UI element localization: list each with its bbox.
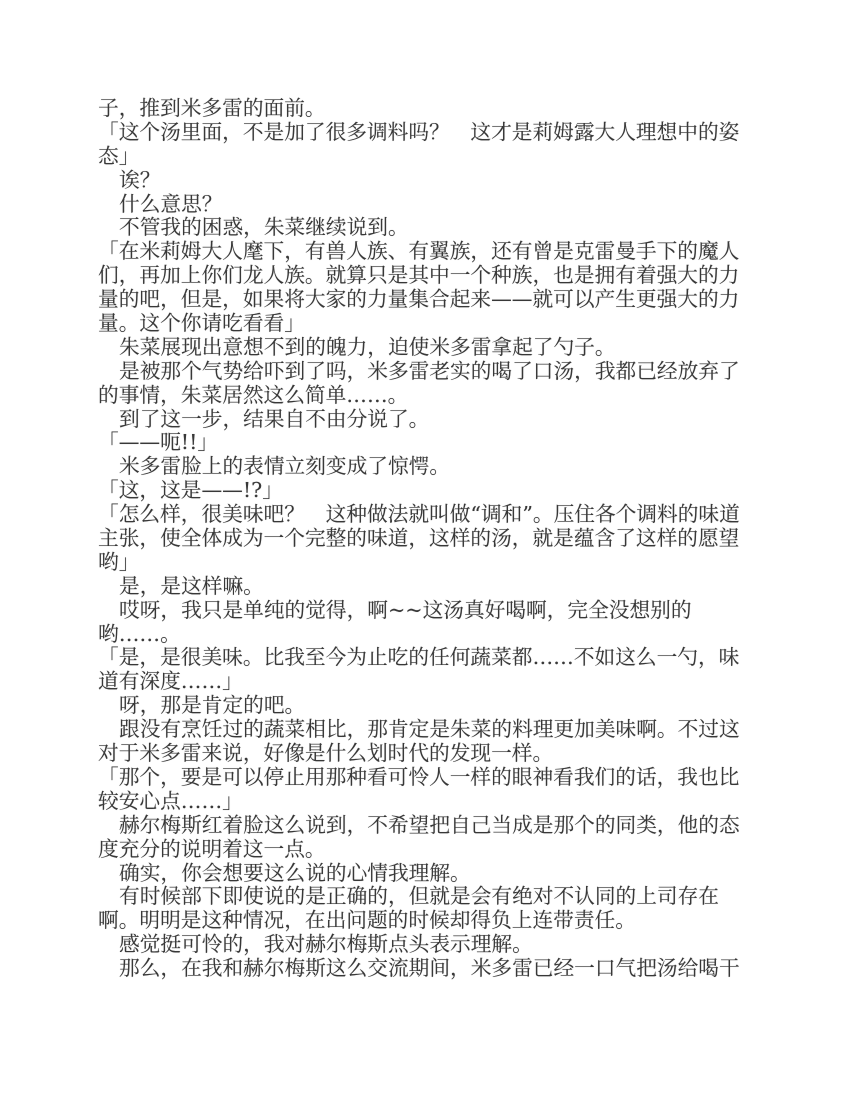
text-line: 子，推到米多雷的面前。: [98, 97, 753, 121]
text-line: 米多雷脸上的表情立刻变成了惊愕。: [98, 455, 753, 479]
text-line: 「在米莉姆大人麾下，有兽人族、有翼族，还有曾是克雷曼手下的魔人: [98, 240, 753, 264]
text-line: 「——呃!!」: [98, 431, 753, 455]
text-line: 诶？: [98, 169, 753, 193]
novel-page: 子，推到米多雷的面前。「这个汤里面，不是加了很多调料吗？ 这才是莉姆露大人理想中…: [0, 0, 850, 1100]
text-line: 啊。明明是这种情况，在出问题的时候却得负上连带责任。: [98, 909, 753, 933]
text-line: 道有深度……」: [98, 670, 753, 694]
text-line: 什么意思？: [98, 193, 753, 217]
text-line: 度充分的说明着这一点。: [98, 838, 753, 862]
text-block: 子，推到米多雷的面前。「这个汤里面，不是加了很多调料吗？ 这才是莉姆露大人理想中…: [98, 97, 753, 981]
text-line: 们，再加上你们龙人族。就算只是其中一个种族，也是拥有着强大的力: [98, 264, 753, 288]
text-line: 确实，你会想要这么说的心情我理解。: [98, 862, 753, 886]
text-line: 「那个，要是可以停止用那种看可怜人一样的眼神看我们的话，我也比: [98, 766, 753, 790]
text-line: 朱菜展现出意想不到的魄力，迫使米多雷拿起了勺子。: [98, 336, 753, 360]
text-line: 有时候部下即使说的是正确的，但就是会有绝对不认同的上司存在: [98, 885, 753, 909]
text-line: 「这个汤里面，不是加了很多调料吗？ 这才是莉姆露大人理想中的姿: [98, 121, 753, 145]
text-line: 哟」: [98, 551, 753, 575]
text-line: 呀，那是肯定的吧。: [98, 694, 753, 718]
text-line: 那么，在我和赫尔梅斯这么交流期间，米多雷已经一口气把汤给喝干: [98, 957, 753, 981]
text-line: 「是，是很美味。比我至今为止吃的任何蔬菜都……不如这么一勺，味: [98, 646, 753, 670]
text-line: 态」: [98, 145, 753, 169]
text-line: 对于米多雷来说，好像是什么划时代的发现一样。: [98, 742, 753, 766]
text-line: 主张，使全体成为一个完整的味道，这样的汤，就是蕴含了这样的愿望: [98, 527, 753, 551]
text-line: 跟没有烹饪过的蔬菜相比，那肯定是朱菜的料理更加美味啊。不过这: [98, 718, 753, 742]
text-line: 感觉挺可怜的，我对赫尔梅斯点头表示理解。: [98, 933, 753, 957]
text-line: 赫尔梅斯红着脸这么说到，不希望把自己当成是那个的同类，他的态: [98, 814, 753, 838]
text-line: 「怎么样，很美味吧？ 这种做法就叫做“调和”。压住各个调料的味道: [98, 503, 753, 527]
text-line: 量。这个你请吃看看」: [98, 312, 753, 336]
text-line: 是，是这样嘛。: [98, 575, 753, 599]
text-line: 较安心点……」: [98, 790, 753, 814]
text-line: 哎呀，我只是单纯的觉得，啊~~这汤真好喝啊，完全没想别的: [98, 599, 753, 623]
text-line: 「这，这是——!?」: [98, 479, 753, 503]
text-line: 的事情，朱菜居然这么简单……。: [98, 384, 753, 408]
text-line: 是被那个气势给吓到了吗，米多雷老实的喝了口汤，我都已经放弃了: [98, 360, 753, 384]
text-line: 哟……。: [98, 623, 753, 647]
text-line: 不管我的困惑，朱菜继续说到。: [98, 216, 753, 240]
text-line: 到了这一步，结果自不由分说了。: [98, 408, 753, 432]
text-line: 量的吧，但是，如果将大家的力量集合起来——就可以产生更强大的力: [98, 288, 753, 312]
